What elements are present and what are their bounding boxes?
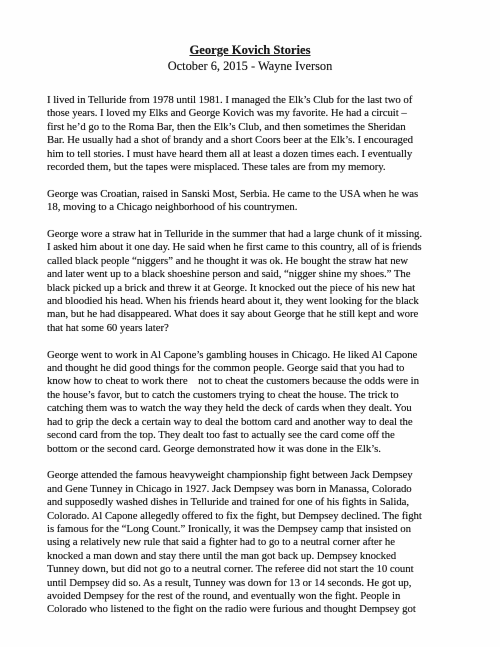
story-paragraph-capone: George went to work in Al Capone’s gambl… [47,349,470,456]
story-paragraph-straw-hat: George wore a straw hat in Telluride in … [47,228,470,335]
document-header: George Kovich Stories October 6, 2015 - … [0,0,500,73]
document-title: George Kovich Stories [189,44,310,58]
story-paragraph-intro: I lived in Telluride from 1978 until 198… [47,94,470,174]
document-body: I lived in Telluride from 1978 until 198… [47,94,470,617]
scanned-document-page: George Kovich Stories October 6, 2015 - … [0,0,500,647]
story-paragraph-dempsey-fight: George attended the famous heavyweight c… [47,469,470,616]
story-paragraph-origin: George was Croatian, raised in Sanski Mo… [47,188,470,215]
document-byline: October 6, 2015 - Wayne Iverson [0,60,500,74]
